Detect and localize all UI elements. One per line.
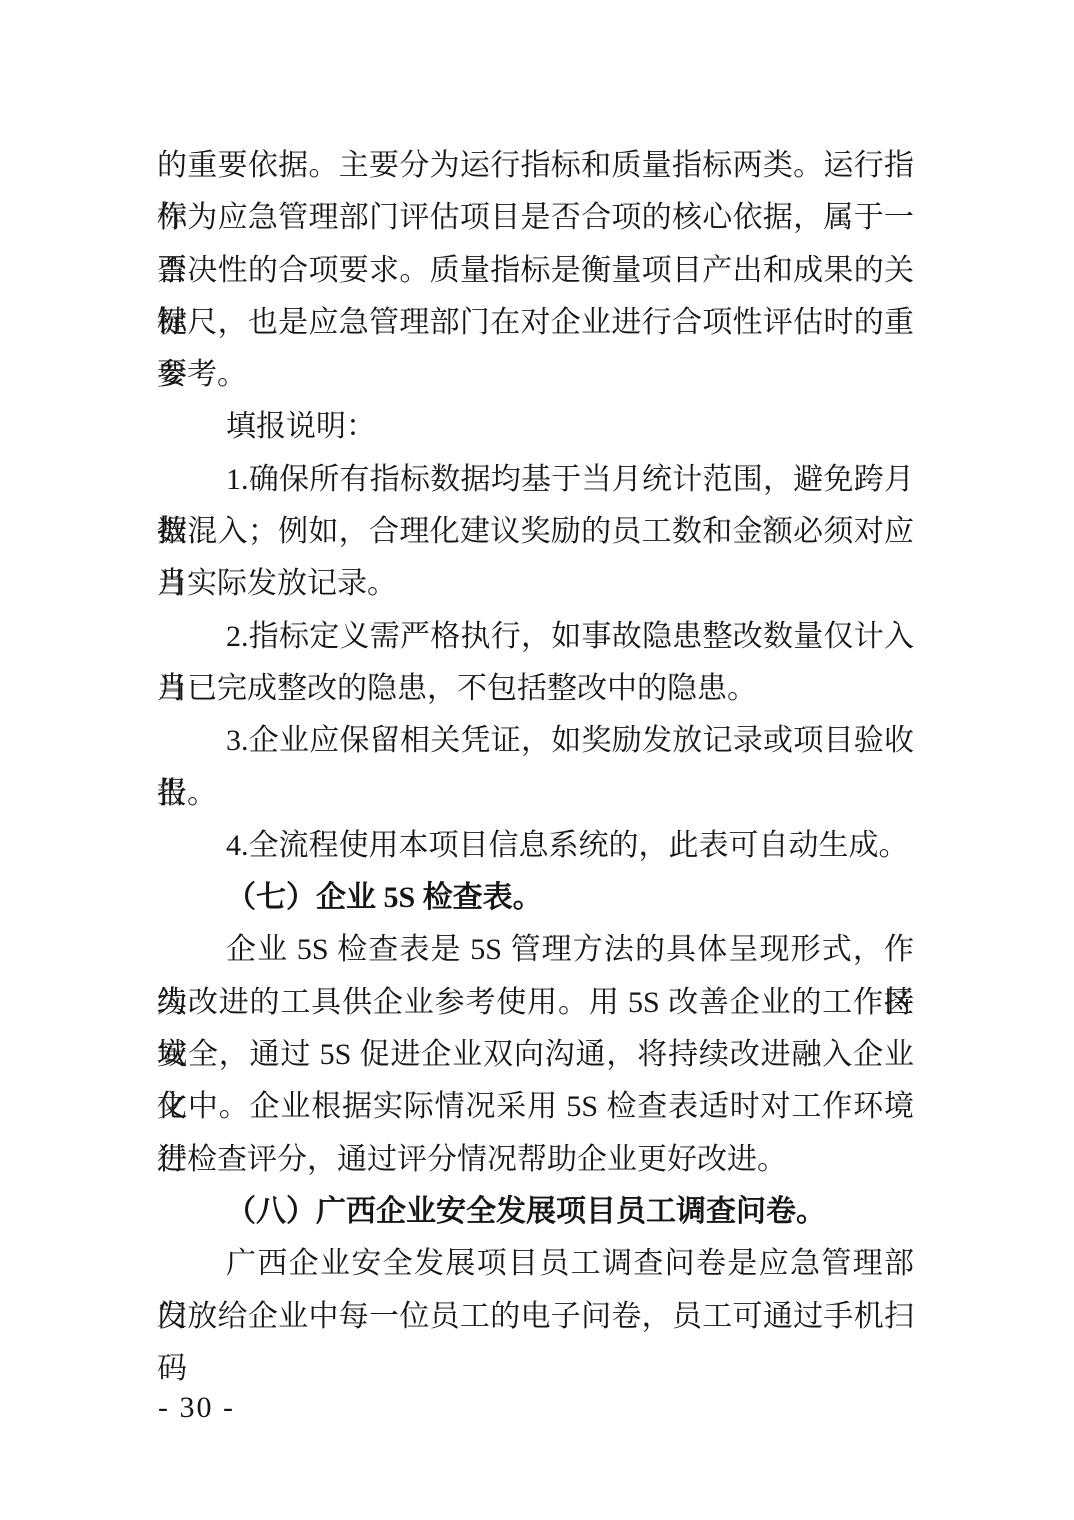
text-line: 2.指标定义需严格执行，如事故隐患整改数量仅计入当 xyxy=(157,611,914,663)
text-line: 参考。 xyxy=(157,349,914,401)
text-line: 告。 xyxy=(157,768,914,820)
text-line: 月实际发放记录。 xyxy=(157,558,914,610)
text-line: 3.企业应保留相关凭证，如奖励发放记录或项目验收报 xyxy=(157,715,914,767)
text-line: 的重要依据。主要分为运行指标和质量指标两类。运行指标 xyxy=(157,140,914,192)
text-line: 否决性的合项要求。质量指标是衡量项目产出和成果的关键 xyxy=(157,245,914,297)
heading-line: （七）企业 5S 检查表。 xyxy=(157,872,914,924)
text-line: 据混入；例如，合理化建议奖励的员工数和金额必须对应当 xyxy=(157,506,914,558)
text-line: 广西企业安全发展项目员工调查问卷是应急管理部门 xyxy=(157,1238,914,1290)
text-line: 4.全流程使用本项目信息系统的，此表可自动生成。 xyxy=(157,820,914,872)
page-number: - 30 - xyxy=(158,1391,235,1425)
text-line: 化中。企业根据实际情况采用 5S 检查表适时对工作环境进 xyxy=(157,1081,914,1133)
text-line: 企业 5S 检查表是 5S 管理方法的具体呈现形式，作为持 xyxy=(157,924,914,976)
text-line: 安全，通过 5S 促进企业双向沟通，将持续改进融入企业文 xyxy=(157,1029,914,1081)
text-line: 作为应急管理部门评估项目是否合项的核心依据，属于一票 xyxy=(157,192,914,244)
text-line: 月已完成整改的隐患，不包括整改中的隐患。 xyxy=(157,663,914,715)
text-line: 1.确保所有指标数据均基于当月统计范围，避免跨月数 xyxy=(157,454,914,506)
text-line: 行检查评分，通过评分情况帮助企业更好改进。 xyxy=(157,1134,914,1186)
heading-line: （八）广西企业安全发展项目员工调查问卷。 xyxy=(157,1186,914,1238)
document-body: 的重要依据。主要分为运行指标和质量指标两类。运行指标作为应急管理部门评估项目是否… xyxy=(157,140,914,1343)
text-line: 填报说明： xyxy=(157,401,914,453)
text-line: 标尺，也是应急管理部门在对企业进行合项性评估时的重要 xyxy=(157,297,914,349)
text-line: 续改进的工具供企业参考使用。用 5S 改善企业的工作区域 xyxy=(157,977,914,1029)
text-line: 发放给企业中每一位员工的电子问卷，员工可通过手机扫码 xyxy=(157,1291,914,1343)
